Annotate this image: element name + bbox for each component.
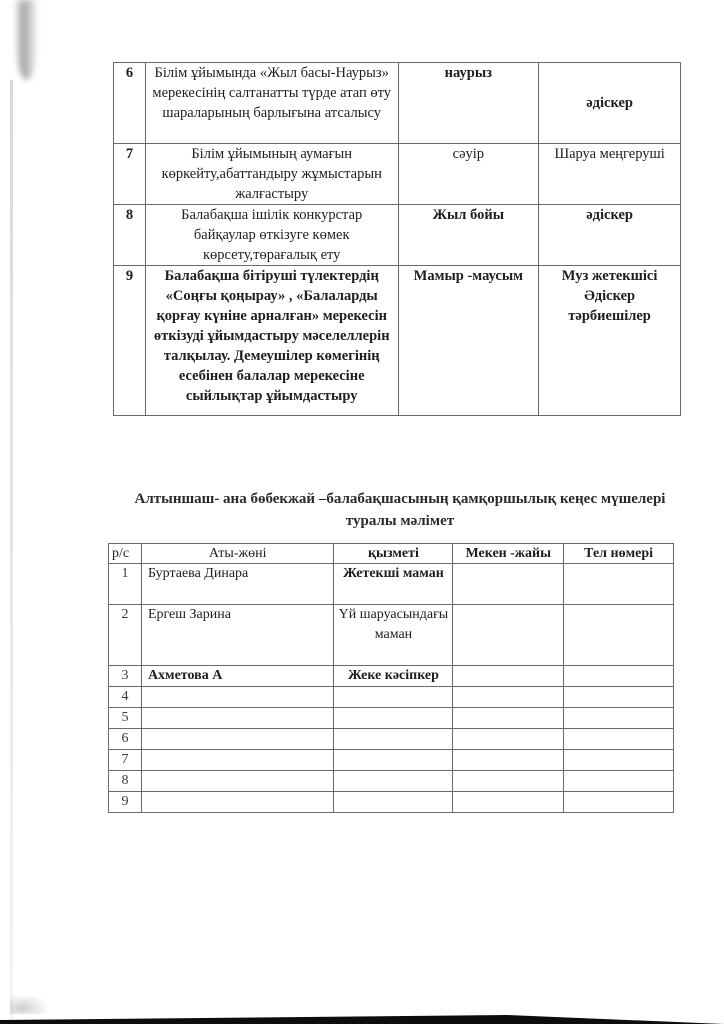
member-position: Жетекші маман [334,564,453,605]
member-number: 3 [109,666,142,687]
member-row: 2 Ергеш Зарина Үй шаруасындағы маман [109,605,674,666]
member-name: Ергеш Зарина [141,605,334,666]
header-address: Мекен -жайы [453,544,564,564]
activity-description: Білім ұйымында «Жыл басы-Наурыз» мерекес… [145,63,398,144]
row-number: 6 [114,63,146,144]
members-header-row: р/с Аты-жөні қызметі Мекен -жайы Тел нөм… [109,544,674,564]
member-position [334,750,453,771]
member-phone [564,708,674,729]
member-row: 1 Буртаева Динара Жетекші маман [109,564,674,605]
activity-description: Балабақша ішілік конкурстар байқаулар өт… [145,205,398,266]
member-phone [564,687,674,708]
activity-responsible: Шаруа меңгеруші [539,144,681,205]
activity-period: сәуір [398,144,539,205]
member-phone [564,792,674,813]
activity-period: Жыл бойы [398,205,539,266]
member-number: 1 [109,564,142,605]
scan-edge-bottom [0,1014,724,1024]
activities-table: 6 Білім ұйымында «Жыл басы-Наурыз» мерек… [113,62,681,416]
header-position: қызметі [334,544,453,564]
member-position [334,792,453,813]
member-name [141,771,334,792]
scan-dust [10,994,50,1014]
member-phone [564,729,674,750]
member-name: Буртаева Динара [141,564,334,605]
member-address [453,792,564,813]
member-address [453,564,564,605]
member-position [334,771,453,792]
member-phone [564,666,674,687]
activity-row: 7 Білім ұйымының аумағын көркейту,абатта… [114,144,681,205]
header-num: р/с [109,544,142,564]
header-name: Аты-жөні [141,544,334,564]
member-name [141,792,334,813]
member-number: 7 [109,750,142,771]
header-phone: Тел нөмері [564,544,674,564]
member-position [334,687,453,708]
activity-description: Балабақша бітіруші түлектердің «Соңғы қо… [145,266,398,416]
member-phone [564,771,674,792]
member-position [334,729,453,750]
activity-period: Мамыр -маусым [398,266,539,416]
activity-row: 6 Білім ұйымында «Жыл басы-Наурыз» мерек… [114,63,681,144]
member-number: 5 [109,708,142,729]
member-row: 9 [109,792,674,813]
member-position [334,708,453,729]
member-position: Үй шаруасындағы маман [334,605,453,666]
member-address [453,729,564,750]
member-row: 4 [109,687,674,708]
scan-shadow [14,0,36,80]
row-number: 8 [114,205,146,266]
member-phone [564,605,674,666]
activity-responsible: әдіскер [539,205,681,266]
row-number: 9 [114,266,146,416]
members-table: р/с Аты-жөні қызметі Мекен -жайы Тел нөм… [108,543,674,813]
member-name [141,750,334,771]
member-row: 7 [109,750,674,771]
activity-responsible: Муз жетекшісі Әдіскер тәрбиешілер [539,266,681,416]
activity-description: Білім ұйымының аумағын көркейту,абаттанд… [145,144,398,205]
member-row: 3 Ахметова А Жеке кәсіпкер [109,666,674,687]
row-number: 7 [114,144,146,205]
member-phone [564,564,674,605]
member-phone [564,750,674,771]
activity-row: 8 Балабақша ішілік конкурстар байқаулар … [114,205,681,266]
member-name [141,708,334,729]
member-row: 6 [109,729,674,750]
member-row: 5 [109,708,674,729]
activity-row: 9 Балабақша бітіруші түлектердің «Соңғы … [114,266,681,416]
member-number: 8 [109,771,142,792]
activity-responsible: әдіскер [539,63,681,144]
section-title: Алтыншаш- ана бөбекжай –балабақшасының қ… [110,488,690,532]
member-address [453,750,564,771]
member-name: Ахметова А [141,666,334,687]
member-row: 8 [109,771,674,792]
activity-period: наурыз [398,63,539,144]
member-position: Жеке кәсіпкер [334,666,453,687]
member-address [453,687,564,708]
member-number: 9 [109,792,142,813]
member-address [453,708,564,729]
member-number: 4 [109,687,142,708]
member-address [453,771,564,792]
member-number: 2 [109,605,142,666]
member-name [141,687,334,708]
member-address [453,605,564,666]
member-name [141,729,334,750]
member-number: 6 [109,729,142,750]
member-address [453,666,564,687]
scan-edge-left [10,80,13,1020]
